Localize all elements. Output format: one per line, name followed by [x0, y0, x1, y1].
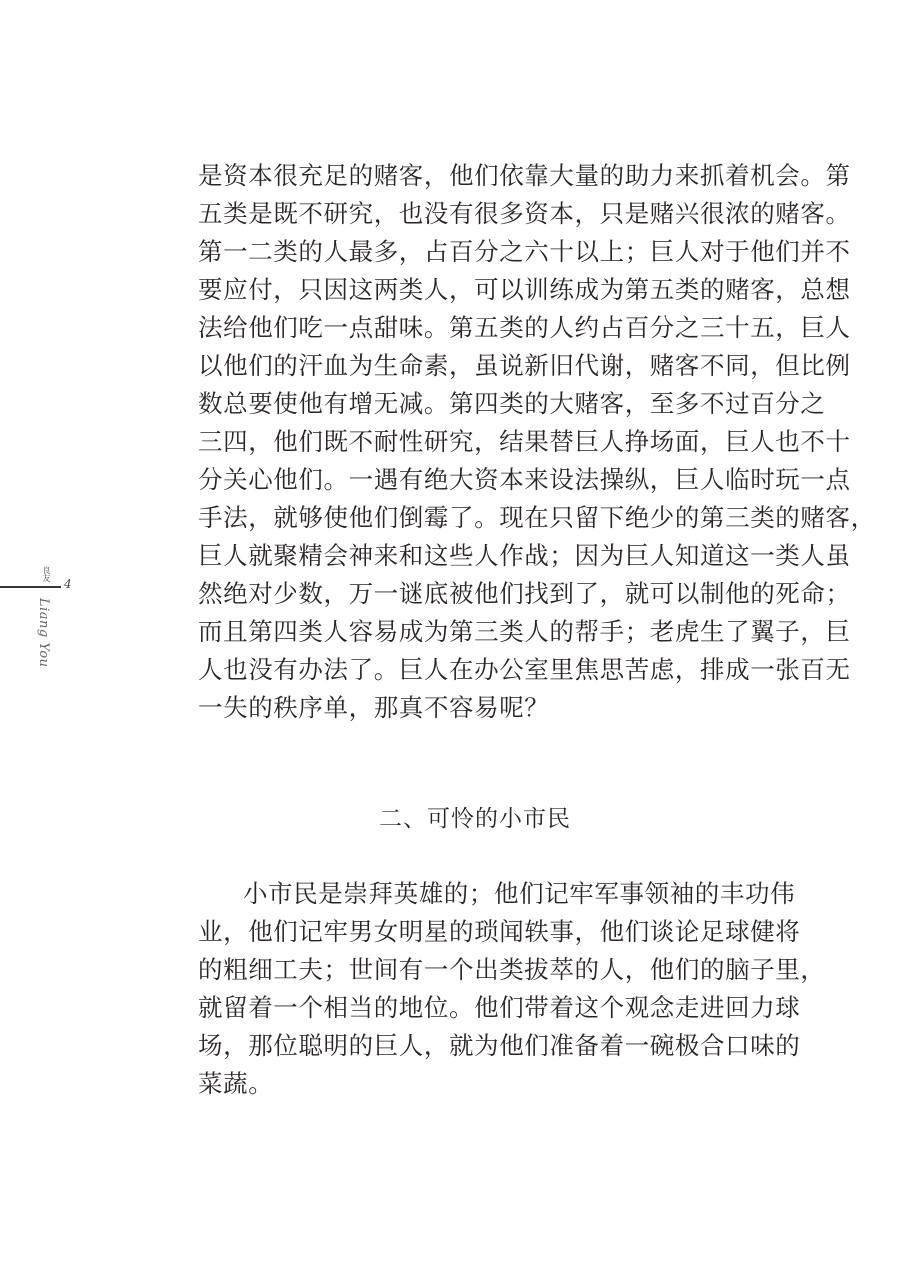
text-line: 手法，就够使他们倒霉了。现在只留下绝少的第三类的赌客，	[198, 499, 752, 537]
text-line: 而且第四类人容易成为第三类人的帮手；老虎生了翼子，巨	[198, 613, 752, 651]
text-line: 第一二类的人最多，占百分之六十以上；巨人对于他们并不	[198, 233, 752, 271]
paragraph-continued: 是资本很充足的赌客，他们依靠大量的助力来抓着机会。第 五类是既不研究，也没有很多…	[198, 157, 752, 727]
page-number: 4	[64, 577, 72, 591]
text-line: 的粗细工夫；世间有一个出类拔萃的人，他们的脑子里，	[198, 951, 752, 989]
text-line: 要应付，只因这两类人，可以训练成为第五类的赌客，总想	[198, 271, 752, 309]
magazine-title-en: Liang You	[36, 598, 51, 668]
margin-rule	[0, 586, 61, 588]
book-page: 良友 4 Liang You 是资本很充足的赌客，他们依靠大量的助力来抓着机会。…	[0, 0, 900, 1282]
text-line: 五类是既不研究，也没有很多资本，只是赌兴很浓的赌客。	[198, 195, 752, 233]
text-line: 人也没有办法了。巨人在办公室里焦思苦虑，排成一张百无	[198, 651, 752, 689]
text-line: 分关心他们。一遇有绝大资本来设法操纵，巨人临时玩一点	[198, 461, 752, 499]
text-line: 巨人就聚精会神来和这些人作战；因为巨人知道这一类人虽	[198, 537, 752, 575]
section-heading: 二、可怜的小市民	[198, 800, 752, 838]
paragraph-petty-citizens: 小市民是崇拜英雄的；他们记牢军事领袖的丰功伟 业，他们记牢男女明星的琐闻轶事，他…	[198, 875, 752, 1103]
text-line: 三四，他们既不耐性研究，结果替巨人挣场面，巨人也不十	[198, 423, 752, 461]
text-line: 小市民是崇拜英雄的；他们记牢军事领袖的丰功伟	[198, 875, 752, 913]
text-line: 是资本很充足的赌客，他们依靠大量的助力来抓着机会。第	[198, 157, 752, 195]
text-line: 一失的秩序单，那真不容易呢？	[198, 689, 752, 727]
text-line: 就留着一个相当的地位。他们带着这个观念走进回力球	[198, 989, 752, 1027]
text-line: 法给他们吃一点甜味。第五类的人约占百分之三十五，巨人	[198, 309, 752, 347]
text-line: 业，他们记牢男女明星的琐闻轶事，他们谈论足球健将	[198, 913, 752, 951]
text-line: 数总要使他有增无减。第四类的大赌客，至多不过百分之	[198, 385, 752, 423]
text-line: 然绝对少数，万一谜底被他们找到了，就可以制他的死命；	[198, 575, 752, 613]
text-line: 菜蔬。	[198, 1065, 752, 1103]
text-line: 以他们的汗血为生命素，虽说新旧代谢，赌客不同，但比例	[198, 347, 752, 385]
text-line: 场，那位聪明的巨人，就为他们准备着一碗极合口味的	[198, 1027, 752, 1065]
magazine-title-cn: 良友	[41, 566, 51, 582]
